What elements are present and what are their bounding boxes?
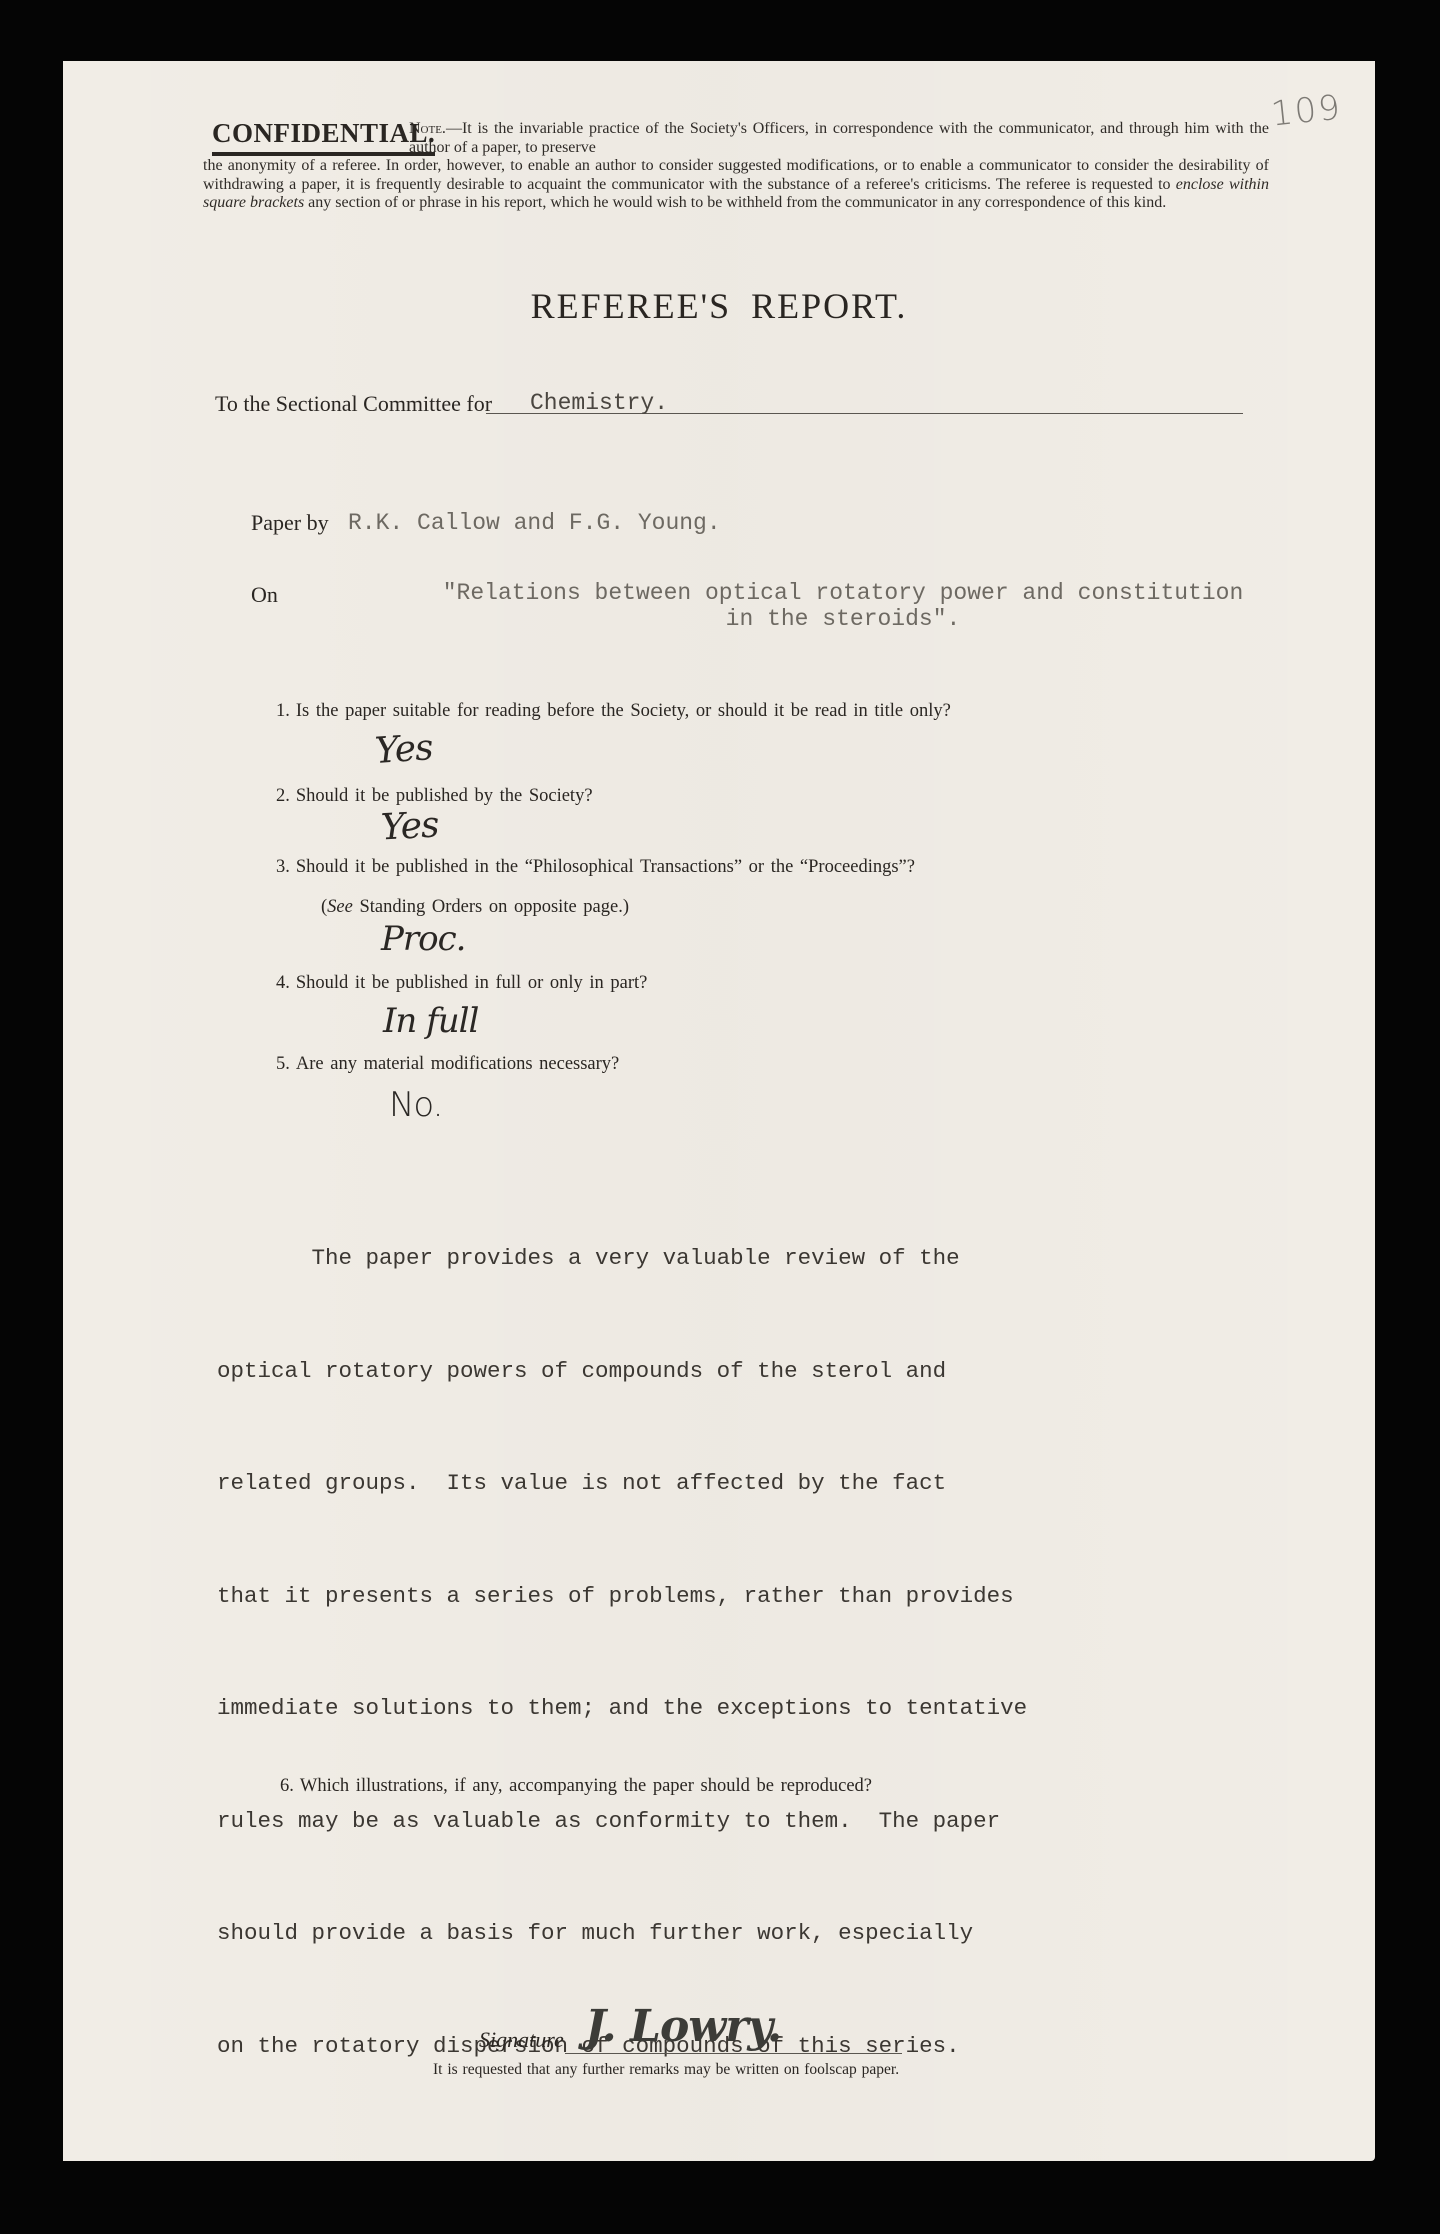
note-body: the anonymity of a referee. In order, ho… (203, 157, 1269, 193)
question-3-note: (See Standing Orders on opposite page.) (321, 897, 629, 918)
report-line: The paper provides a very valuable revie… (217, 1240, 1257, 1278)
answer-4-handwritten: In full (383, 1001, 478, 1041)
answer-2-handwritten: Yes (380, 805, 439, 849)
paper-by-label: Paper by (251, 510, 329, 536)
committee-value: Chemistry. (530, 390, 668, 416)
folio-number: 109 (1269, 87, 1344, 134)
report-line: rules may be as valuable as conformity t… (217, 1803, 1257, 1841)
note-tail: any section of or phrase in his report, … (304, 194, 1166, 211)
question-5: 5.Are any material modifications necessa… (276, 1054, 619, 1075)
question-4: 4.Should it be published in full or only… (276, 973, 647, 994)
on-label: On (251, 582, 278, 608)
page-title: REFEREE'SREPORT. (63, 285, 1375, 327)
report-line: related groups. Its value is not affecte… (217, 1465, 1257, 1503)
question-6: 6.Which illustrations, if any, accompany… (280, 1776, 872, 1797)
signature-underline (565, 2053, 902, 2054)
confidential-heading: CONFIDENTIAL. (212, 119, 435, 156)
paper-title-value: "Relations between optical rotatory powe… (318, 580, 1368, 632)
signature-handwritten: J. Lowry. (585, 2001, 781, 2052)
committee-label: To the Sectional Committee for (215, 391, 492, 417)
footnote: It is requested that any further remarks… (433, 2061, 899, 2079)
report-body: The paper provides a very valuable revie… (217, 1165, 1257, 2140)
note-first-lines: Note.—It is the invariable practice of t… (409, 120, 1269, 157)
document-page: 109 Note.—It is the invariable practice … (63, 61, 1375, 2161)
report-line: should provide a basis for much further … (217, 1915, 1257, 1953)
answer-5-handwritten: No. (389, 1085, 442, 1125)
question-1: 1.Is the paper suitable for reading befo… (276, 701, 951, 722)
report-line: optical rotatory powers of compounds of … (217, 1353, 1257, 1391)
signature-label: Signature (479, 2027, 564, 2053)
paper-by-value: R.K. Callow and F.G. Young. (348, 510, 721, 536)
report-line: that it presents a series of problems, r… (217, 1578, 1257, 1616)
answer-3-handwritten: Proc. (381, 919, 465, 959)
question-3: 3.Should it be published in the “Philoso… (276, 857, 915, 878)
answer-1-handwritten: Yes (374, 727, 434, 772)
report-line: immediate solutions to them; and the exc… (217, 1690, 1257, 1728)
